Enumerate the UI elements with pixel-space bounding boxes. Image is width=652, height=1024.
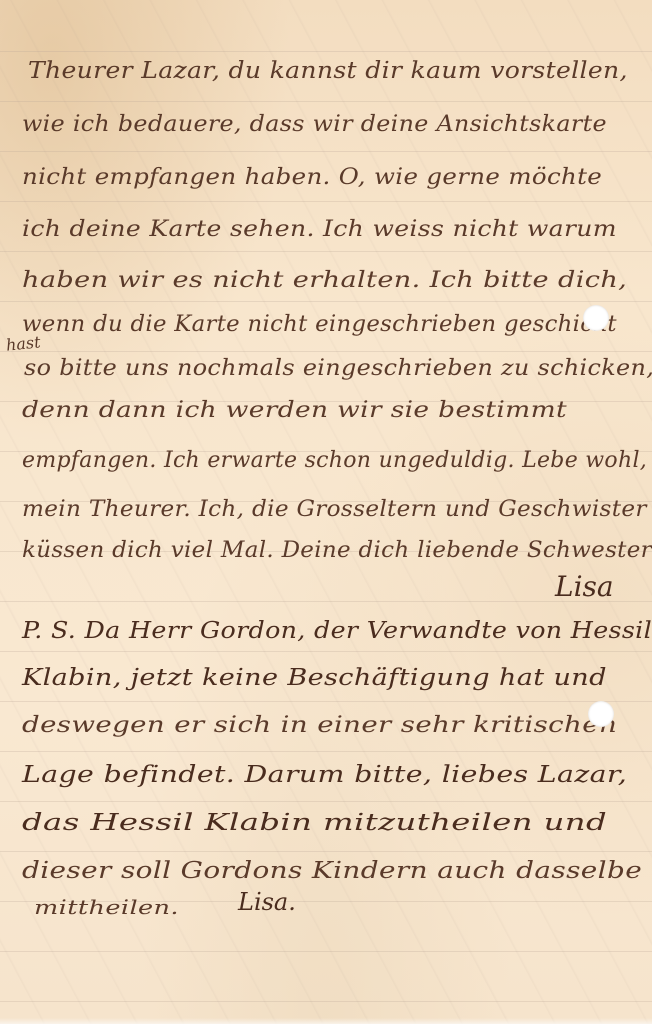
postscript-line: Klabin, jetzt keine Beschäftigung hat un… [22, 665, 607, 691]
letter-line: denn dann ich werden wir sie bestimmt [22, 398, 567, 423]
punch-hole [588, 701, 614, 727]
letter-line: Theurer Lazar, du kannst dir kaum vorste… [28, 58, 628, 84]
letter-line: mein Theurer. Ich, die Grosseltern und G… [22, 497, 647, 522]
letter-line: so bitte uns nochmals eingeschrieben zu … [24, 356, 652, 381]
postscript-line: das Hessil Klabin mitzutheilen und [22, 810, 607, 836]
margin-note: hast [5, 332, 41, 355]
letter-line: nicht empfangen haben. O, wie gerne möch… [22, 165, 602, 190]
postscript-line: Lage befindet. Darum bitte, liebes Lazar… [22, 762, 627, 788]
postscript-line: mittheilen. [34, 895, 179, 919]
signature: Lisa [555, 570, 614, 603]
letter-line: ich deine Karte sehen. Ich weiss nicht w… [22, 217, 617, 242]
postscript-line: P. S. Da Herr Gordon, der Verwandte von … [22, 618, 652, 644]
page-bottom-edge [0, 1018, 652, 1024]
punch-hole [583, 305, 609, 331]
letter-line: wenn du die Karte nicht eingeschrieben g… [22, 312, 617, 337]
letter-line: küssen dich viel Mal. Deine dich liebend… [22, 538, 652, 563]
letter-line: haben wir es nicht erhalten. Ich bitte d… [22, 268, 627, 293]
postscript-signature: Lisa. [238, 888, 296, 916]
postscript-line: deswegen er sich in einer sehr kritische… [22, 713, 617, 738]
postscript-line: dieser soll Gordons Kindern auch dasselb… [22, 858, 642, 884]
letter-line: wie ich bedauere, dass wir deine Ansicht… [22, 112, 607, 137]
letter-line: empfangen. Ich erwarte schon ungeduldig.… [22, 448, 647, 473]
letter-page: Theurer Lazar, du kannst dir kaum vorste… [0, 0, 652, 1024]
